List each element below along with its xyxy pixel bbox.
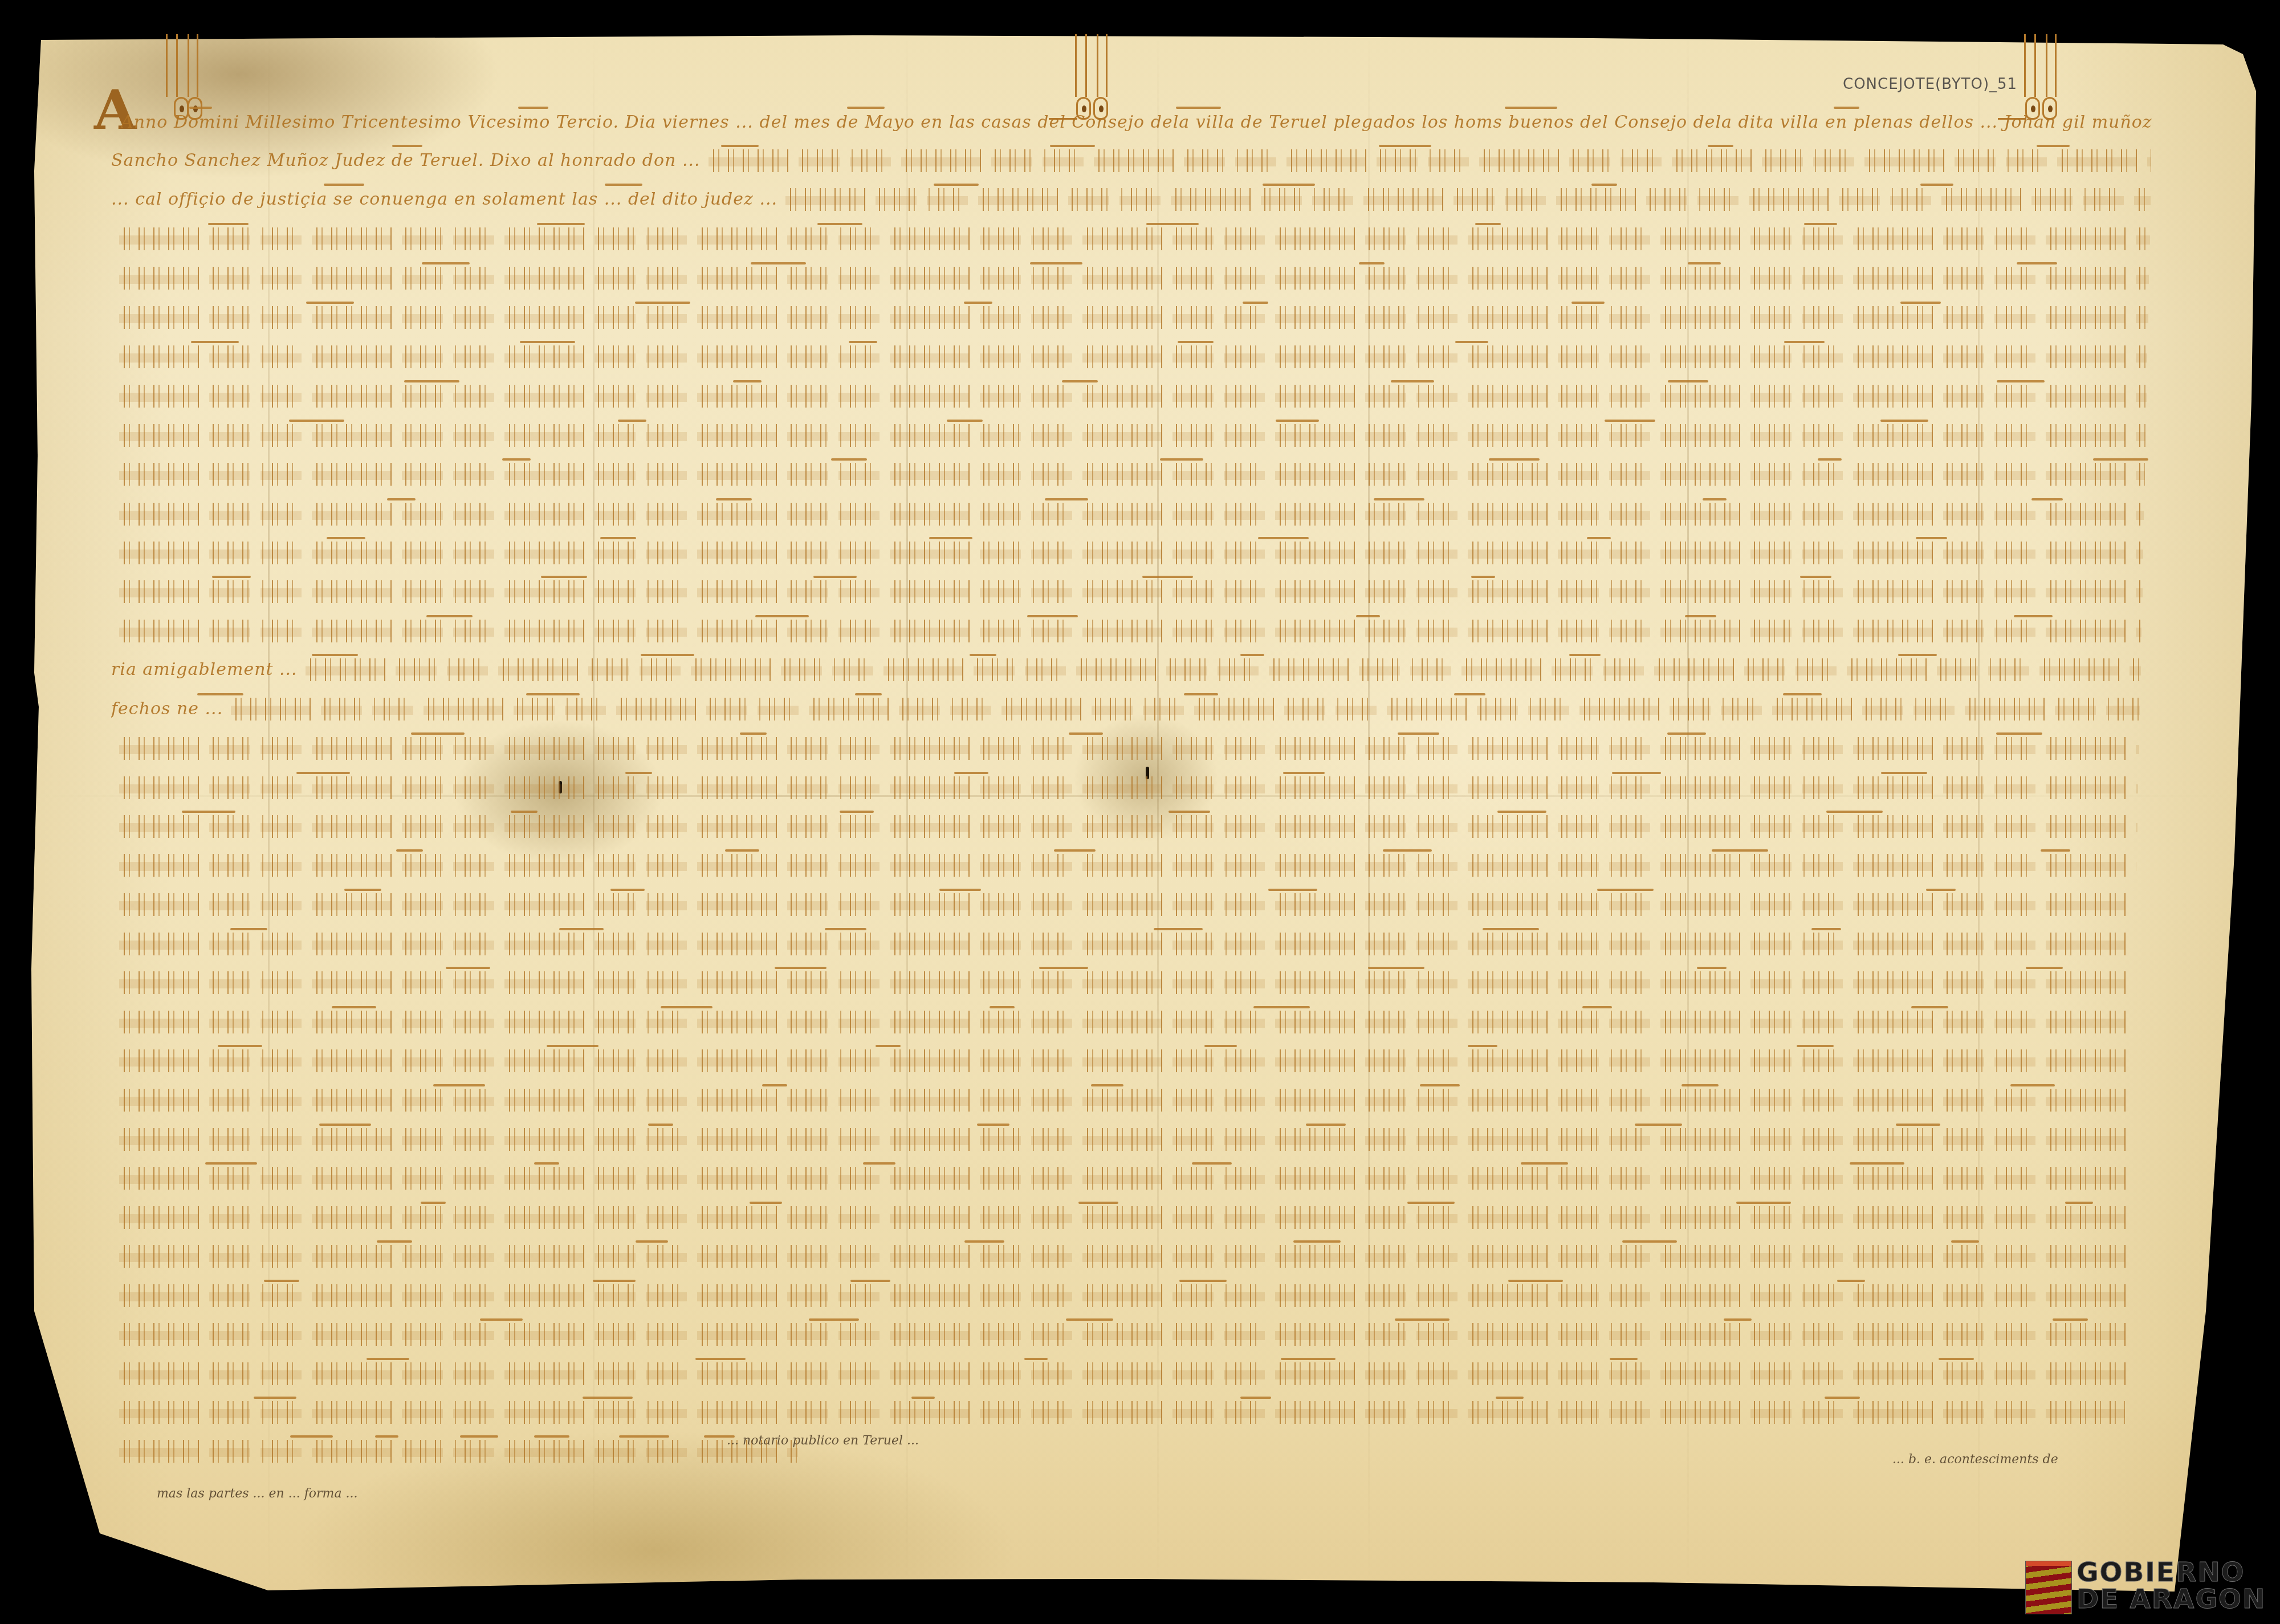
abbreviation-mark	[212, 576, 251, 578]
manuscript-line	[111, 933, 2135, 955]
abbreviation-mark	[1898, 654, 1937, 656]
abbreviation-mark	[205, 1162, 257, 1165]
abbreviation-mark	[1818, 458, 1842, 461]
gobierno-de-aragon-logo: GOBIERNO DE ARAGON	[2025, 1561, 2276, 1615]
abbreviation-mark	[1276, 420, 1319, 422]
abbreviation-mark	[1179, 1280, 1227, 1282]
abbreviation-mark	[2010, 1084, 2055, 1086]
abbreviation-mark	[648, 1124, 673, 1126]
abbreviation-mark	[849, 341, 877, 343]
abbreviation-mark	[1283, 772, 1325, 774]
abbreviation-mark	[404, 380, 459, 382]
abbreviation-mark	[1804, 223, 1837, 225]
abbreviation-mark	[1703, 498, 1727, 500]
abbreviation-mark	[520, 341, 575, 343]
abbreviation-mark	[2053, 1318, 2088, 1321]
abbreviation-mark	[1240, 654, 1264, 656]
abbreviation-mark	[1066, 1318, 1113, 1321]
abbreviation-mark	[1281, 1358, 1336, 1360]
abbreviation-mark	[1160, 458, 1203, 461]
abbreviation-mark	[1054, 849, 1096, 852]
abbreviation-mark	[1024, 1358, 1048, 1360]
manuscript-line	[111, 385, 2147, 408]
abbreviation-mark	[934, 184, 979, 186]
abbreviation-mark	[296, 772, 350, 774]
manuscript-line	[111, 542, 2143, 564]
abbreviation-mark	[1635, 1124, 1682, 1126]
abbreviation-mark	[1030, 262, 1082, 264]
subscription-line: ... b. e. acontesciments de	[1892, 1452, 2058, 1467]
abbreviation-mark	[1496, 1397, 1524, 1399]
abbreviation-mark	[559, 928, 604, 930]
abbreviation-mark	[422, 262, 470, 264]
manuscript-line	[111, 463, 2145, 486]
abbreviation-mark	[618, 420, 646, 422]
logo-line-1: GOBIERNO	[2077, 1560, 2245, 1586]
abbreviation-mark	[1045, 498, 1088, 500]
abbreviation-mark	[1685, 615, 1716, 617]
abbreviation-mark	[290, 1435, 333, 1438]
abbreviation-mark	[825, 928, 866, 930]
abbreviation-mark	[1154, 928, 1203, 930]
abbreviation-mark	[254, 1397, 296, 1399]
abbreviation-mark	[977, 1124, 1009, 1126]
abbreviation-mark	[312, 654, 358, 656]
manuscript-line: ... cal offiçio de justiçia se conuenga …	[111, 188, 2151, 211]
abbreviation-mark	[230, 928, 267, 930]
abbreviation-mark	[1398, 732, 1439, 735]
abbreviation-mark	[740, 732, 767, 735]
abbreviation-mark	[850, 1280, 890, 1282]
abbreviation-mark	[1605, 420, 1655, 422]
abbreviation-mark	[332, 1006, 376, 1008]
abbreviation-mark	[1176, 107, 1221, 109]
abbreviation-mark	[534, 1435, 569, 1438]
abbreviation-mark	[583, 1397, 633, 1399]
abbreviation-mark	[547, 1045, 598, 1047]
abbreviation-mark	[1374, 498, 1424, 500]
abbreviation-mark	[635, 302, 690, 304]
abbreviation-mark	[1597, 889, 1654, 891]
abbreviation-mark	[1204, 1045, 1237, 1047]
abbreviation-mark	[1168, 811, 1210, 813]
abbreviation-mark	[1610, 1358, 1638, 1360]
abbreviation-mark	[1587, 537, 1611, 539]
manuscript-line	[111, 1206, 2129, 1229]
abbreviation-mark	[396, 849, 423, 852]
abbreviation-mark	[831, 458, 867, 461]
manuscript-line	[111, 1362, 2126, 1385]
abbreviation-mark	[1571, 302, 1605, 304]
notary-signum-center-icon	[1072, 34, 1117, 120]
manuscript-line	[111, 345, 2147, 368]
abbreviation-mark	[1622, 1240, 1677, 1243]
abbreviation-mark	[695, 1358, 746, 1360]
abbreviation-mark	[1069, 732, 1103, 735]
abbreviation-mark	[1359, 262, 1385, 264]
abbreviation-mark	[636, 1240, 668, 1243]
abbreviation-mark	[610, 889, 645, 891]
decorated-initial: A	[94, 86, 115, 134]
abbreviation-mark	[809, 1318, 859, 1321]
abbreviation-mark	[426, 615, 473, 617]
abbreviation-mark	[1920, 184, 1953, 186]
abbreviation-mark	[1724, 1318, 1752, 1321]
abbreviation-mark	[1306, 1124, 1346, 1126]
abbreviation-mark	[1712, 849, 1768, 852]
abbreviation-mark	[1850, 1162, 1904, 1165]
abbreviation-mark	[1837, 1280, 1865, 1282]
abbreviation-mark	[939, 889, 981, 891]
manuscript-line	[111, 1128, 2131, 1151]
manuscript-line	[111, 1440, 798, 1463]
abbreviation-mark	[813, 576, 857, 578]
abbreviation-mark	[641, 654, 694, 656]
abbreviation-mark	[197, 693, 243, 695]
abbreviation-mark	[518, 107, 548, 109]
abbreviation-mark	[377, 1240, 412, 1243]
abbreviation-mark	[1240, 1397, 1271, 1399]
abbreviation-mark	[1997, 380, 2045, 382]
abbreviation-mark	[2014, 615, 2053, 617]
abbreviation-mark	[1146, 223, 1199, 225]
manuscript-line	[111, 620, 2141, 642]
abbreviation-mark	[324, 184, 364, 186]
manuscript-line	[111, 267, 2149, 290]
abbreviation-mark	[421, 1202, 446, 1204]
abbreviation-mark	[1667, 732, 1706, 735]
abbreviation-mark	[1471, 576, 1495, 578]
aragon-flag-icon	[2025, 1561, 2072, 1614]
abbreviation-mark	[1192, 1162, 1232, 1165]
abbreviation-mark	[1379, 145, 1431, 147]
abbreviation-mark	[1483, 928, 1539, 930]
abbreviation-mark	[1475, 223, 1501, 225]
abbreviation-mark	[1383, 849, 1432, 852]
abbreviation-mark	[619, 1435, 669, 1438]
abbreviation-mark	[625, 772, 652, 774]
abbreviation-mark	[1243, 302, 1268, 304]
manuscript-line: ria amigablement ...	[111, 658, 2141, 681]
abbreviation-mark	[392, 145, 422, 147]
manuscript-line	[111, 971, 2134, 994]
abbreviation-mark	[876, 1045, 901, 1047]
abbreviation-mark	[840, 811, 874, 813]
manuscript-line	[111, 1049, 2132, 1072]
abbreviation-mark	[1569, 654, 1601, 656]
abbreviation-mark	[1420, 1084, 1460, 1086]
abbreviation-mark	[1582, 1006, 1612, 1008]
abbreviation-mark	[327, 537, 365, 539]
abbreviation-mark	[593, 1280, 636, 1282]
abbreviation-mark	[1508, 1280, 1563, 1282]
abbreviation-mark	[751, 262, 806, 264]
abbreviation-mark	[990, 1006, 1015, 1008]
abbreviation-mark	[863, 1162, 895, 1165]
abbreviation-mark	[526, 693, 580, 695]
logo-line-2: DE ARAGON	[2077, 1586, 2266, 1613]
abbreviation-mark	[511, 811, 538, 813]
abbreviation-mark	[1263, 184, 1315, 186]
abbreviation-mark	[721, 145, 759, 147]
abbreviation-mark	[725, 849, 759, 852]
abbreviation-mark	[375, 1435, 398, 1438]
abbreviation-mark	[289, 420, 344, 422]
abbreviation-mark	[1027, 615, 1078, 617]
abbreviation-mark	[1489, 458, 1540, 461]
abbreviation-mark	[755, 615, 809, 617]
abbreviation-mark	[964, 302, 992, 304]
abbreviation-mark	[1784, 341, 1825, 343]
manuscript-line	[111, 306, 2148, 329]
abbreviation-mark	[2065, 1202, 2093, 1204]
manuscript-line	[111, 737, 2139, 760]
abbreviation-mark	[1062, 380, 1098, 382]
abbreviation-mark	[775, 967, 826, 969]
manuscript-line	[111, 854, 2136, 877]
abbreviation-mark	[716, 498, 752, 500]
abbreviation-mark	[1708, 145, 1733, 147]
abbreviation-mark	[1293, 1240, 1341, 1243]
abbreviation-mark	[1800, 576, 1831, 578]
manuscript-line	[111, 1089, 2132, 1112]
abbreviation-mark	[1505, 107, 1557, 109]
abbreviation-mark	[1939, 1358, 1974, 1360]
manuscript-line	[111, 227, 2150, 250]
abbreviation-mark	[1497, 811, 1546, 813]
abbreviation-mark	[661, 1006, 712, 1008]
abbreviation-mark	[1736, 1202, 1791, 1204]
abbreviation-mark	[2017, 262, 2057, 264]
abbreviation-mark	[1668, 380, 1708, 382]
abbreviation-mark	[182, 811, 235, 813]
manuscript-line	[111, 424, 2145, 447]
abbreviation-mark	[855, 693, 882, 695]
abbreviation-mark	[1078, 1202, 1118, 1204]
abbreviation-mark	[1050, 145, 1095, 147]
abbreviation-mark	[600, 537, 636, 539]
abbreviation-mark	[847, 107, 885, 109]
abbreviation-mark	[929, 537, 972, 539]
manuscript-line	[111, 1284, 2128, 1307]
abbreviation-mark	[1688, 262, 1721, 264]
abbreviation-mark	[1268, 889, 1317, 891]
abbreviation-mark	[2026, 967, 2063, 969]
abbreviation-mark	[344, 889, 381, 891]
abbreviation-mark	[218, 1045, 262, 1047]
abbreviation-mark	[964, 1240, 1004, 1243]
manuscript-line	[111, 1401, 2125, 1424]
abbreviation-mark	[1178, 341, 1214, 343]
abbreviation-mark	[306, 302, 354, 304]
abbreviation-mark	[189, 107, 212, 109]
abbreviation-mark	[1681, 1084, 1719, 1086]
notary-signum-right-icon	[2021, 34, 2066, 120]
abbreviation-mark	[970, 654, 996, 656]
abbreviation-mark	[264, 1280, 299, 1282]
abbreviation-mark	[954, 772, 988, 774]
abbreviation-mark	[319, 1124, 371, 1126]
abbreviation-mark	[541, 576, 587, 578]
abbreviation-mark	[1368, 967, 1424, 969]
abbreviation-mark	[911, 1397, 935, 1399]
manuscript-line	[111, 1011, 2134, 1033]
abbreviation-mark	[208, 223, 249, 225]
manuscript-line	[111, 580, 2143, 603]
abbreviation-mark	[1951, 1240, 1979, 1243]
abbreviation-mark	[2093, 458, 2148, 461]
abbreviation-mark	[1521, 1162, 1568, 1165]
manuscript-line	[111, 1245, 2128, 1268]
abbreviation-mark	[1142, 576, 1193, 578]
manuscript-line: Sancho Sanchez Muñoz Judez de Teruel. Di…	[111, 149, 2151, 172]
abbreviation-mark	[1996, 732, 2042, 735]
abbreviation-mark	[1454, 693, 1485, 695]
subscription-line: ... notario publico en Teruel ...	[727, 1434, 919, 1448]
abbreviation-mark	[1926, 889, 1956, 891]
manuscript-line	[111, 776, 2138, 799]
abbreviation-mark	[446, 967, 490, 969]
abbreviation-mark	[1900, 302, 1941, 304]
abbreviation-mark	[502, 458, 531, 461]
abbreviation-mark	[1811, 928, 1841, 930]
abbreviation-mark	[733, 380, 762, 382]
abbreviation-mark	[1825, 1397, 1860, 1399]
abbreviation-mark	[534, 1162, 559, 1165]
abbreviation-mark	[1455, 341, 1488, 343]
abbreviation-mark	[762, 1084, 787, 1086]
manuscript-line	[111, 1167, 2130, 1190]
manuscript-line: Anno Domini Millesimo Tricentesimo Vices…	[121, 111, 2152, 134]
abbreviation-mark	[1826, 811, 1883, 813]
abbreviation-mark	[1591, 184, 1617, 186]
abbreviation-mark	[2031, 498, 2063, 500]
abbreviation-mark	[460, 1435, 498, 1438]
abbreviation-mark	[2037, 145, 2070, 147]
abbreviation-mark	[433, 1084, 485, 1086]
abbreviation-mark	[605, 184, 642, 186]
abbreviation-mark	[1834, 107, 1859, 109]
manuscript-line	[111, 815, 2137, 838]
abbreviation-mark	[947, 420, 983, 422]
abbreviation-mark	[537, 223, 585, 225]
abbreviation-mark	[1697, 967, 1727, 969]
abbreviation-mark	[1039, 967, 1088, 969]
catalog-mark: CONCEJOTE(BYTO)_51	[1843, 76, 2017, 93]
abbreviation-mark	[387, 498, 416, 500]
abbreviation-mark	[1253, 1006, 1310, 1008]
abbreviation-mark	[1258, 537, 1309, 539]
abbreviation-mark	[1881, 772, 1927, 774]
abbreviation-mark	[1783, 693, 1822, 695]
manuscript-line	[111, 503, 2144, 526]
abbreviation-mark	[1391, 380, 1434, 382]
abbreviation-mark	[411, 732, 465, 735]
abbreviation-mark	[1911, 1006, 1948, 1008]
abbreviation-mark	[1797, 1045, 1834, 1047]
manuscript-line: fechos ne ...	[111, 698, 2140, 721]
abbreviation-mark	[1896, 1124, 1940, 1126]
abbreviation-mark	[1468, 1045, 1497, 1047]
abbreviation-mark	[1916, 537, 1947, 539]
abbreviation-mark	[1091, 1084, 1123, 1086]
abbreviation-mark	[191, 341, 239, 343]
manuscript-line	[111, 893, 2136, 916]
abbreviation-mark	[1612, 772, 1661, 774]
abbreviation-mark	[1407, 1202, 1455, 1204]
abbreviation-mark	[1880, 420, 1928, 422]
abbreviation-mark	[1395, 1318, 1450, 1321]
manuscript-line	[111, 1323, 2127, 1346]
abbreviation-mark	[480, 1318, 523, 1321]
abbreviation-mark	[817, 223, 862, 225]
abbreviation-mark	[367, 1358, 409, 1360]
abbreviation-mark	[1356, 615, 1380, 617]
abbreviation-mark	[2041, 849, 2070, 852]
subscription-line: mas las partes ... en ... forma ...	[157, 1487, 358, 1501]
abbreviation-mark	[750, 1202, 782, 1204]
abbreviation-mark	[1184, 693, 1218, 695]
